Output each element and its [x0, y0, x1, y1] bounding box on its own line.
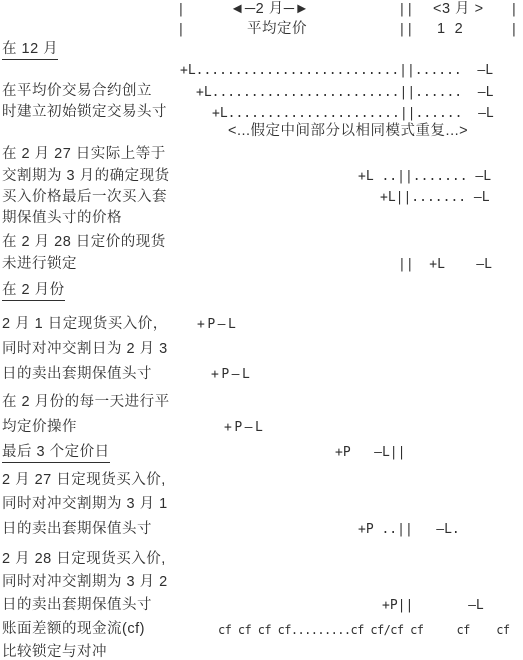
label-compare-lock-vs-hedge: 比较锁定与对冲	[2, 645, 107, 660]
label-feb28-spot-2: 未进行锁定	[2, 257, 77, 273]
label-feb28-pricing-3: 日的卖出套期保值头寸	[2, 598, 152, 614]
timeline-tick-left-2: |	[177, 23, 185, 37]
february-span-arrow: ◄─2 月─►	[230, 2, 309, 18]
label-daily-averaging-2: 均定价操作	[2, 420, 77, 436]
average-pricing-label: 平均定价	[247, 22, 307, 38]
figure-average-pricing-hedge-diagram: | ◄─2 月─► || <3 月 > | | 平均定价 || 1 2 | 在 …	[0, 0, 523, 660]
heading-february: 在 2 月份	[2, 283, 65, 301]
repeat-pattern-note: <...假定中间部分以相同模式重复...>	[228, 124, 468, 140]
label-feb27-equiv-3: 买入价格最后一次买入套	[2, 190, 167, 206]
timeline-tick-right-top: |	[510, 3, 518, 17]
march-span-label: <3 月 >	[433, 2, 484, 18]
label-feb27-pricing-3: 日的卖出套期保值头寸	[2, 522, 152, 538]
daily-averaging-row: +P–L	[224, 421, 265, 435]
label-feb28-pricing-1: 2 月 28 日定现货买入价,	[2, 552, 166, 568]
feb27-pricing-row: +P ..|| –L.	[358, 523, 460, 537]
feb28-pricing-row: +P|| –L	[382, 599, 484, 613]
lock-position-row-3: +L......................||...... –L	[212, 107, 494, 121]
label-cash-flow: 账面差额的现金流(cf)	[2, 622, 145, 638]
label-feb27-pricing-2: 同时对冲交割期为 3 月 1	[2, 497, 168, 513]
feb27-hedge-row-2: +L||....... –L	[380, 191, 490, 205]
label-feb1-pricing-3: 日的卖出套期保值头寸	[2, 367, 152, 383]
label-lock-setup-2: 时建立初始锁定交易头寸	[2, 105, 167, 121]
label-feb28-pricing-2: 同时对冲交割期为 3 月 2	[2, 575, 168, 591]
cash-flow-row: cf cf cf cf.........cf cf/cf cf cf cf	[218, 624, 509, 637]
last3-days-row: +P –L||	[335, 446, 405, 460]
label-feb1-pricing-2: 同时对冲交割日为 2 月 3	[2, 342, 168, 358]
label-feb27-pricing-1: 2 月 27 日定现货买入价,	[2, 473, 166, 489]
timeline-tick-left-top: |	[177, 3, 185, 17]
timeline-tick-right-2: |	[510, 23, 518, 37]
label-feb1-pricing-1: 2 月 1 日定现货买入价，	[2, 317, 168, 333]
label-feb27-equiv-4: 期保值头寸的价格	[2, 211, 122, 227]
march-day-numbers: 1 2	[437, 22, 463, 38]
label-lock-setup-1: 在平均价交易合约创立	[2, 84, 152, 100]
feb28-unlocked-row: || +L –L	[398, 258, 492, 272]
feb1-pricing-row-1: +P–L	[197, 318, 238, 332]
feb1-pricing-row-2: +P–L	[211, 368, 252, 382]
lock-position-row-2: +L........................||...... –L	[196, 86, 493, 100]
label-feb28-spot-1: 在 2 月 28 日定价的现货	[2, 235, 166, 251]
lock-position-row-1: +L..........................||...... –L	[180, 64, 493, 78]
label-feb27-equiv-2: 交割期为 3 月的确定现货	[2, 169, 170, 185]
month-divider-top: ||	[398, 3, 414, 17]
heading-last-3-pricing-days: 最后 3 个定价日	[2, 445, 110, 463]
feb27-hedge-row-1: +L ..||....... –L	[358, 170, 491, 184]
label-feb27-equiv-1: 在 2 月 27 日实际上等于	[2, 147, 166, 163]
heading-december: 在 12 月	[2, 42, 58, 60]
label-daily-averaging-1: 在 2 月份的每一天进行平	[2, 395, 170, 411]
month-divider-2: ||	[398, 23, 414, 37]
